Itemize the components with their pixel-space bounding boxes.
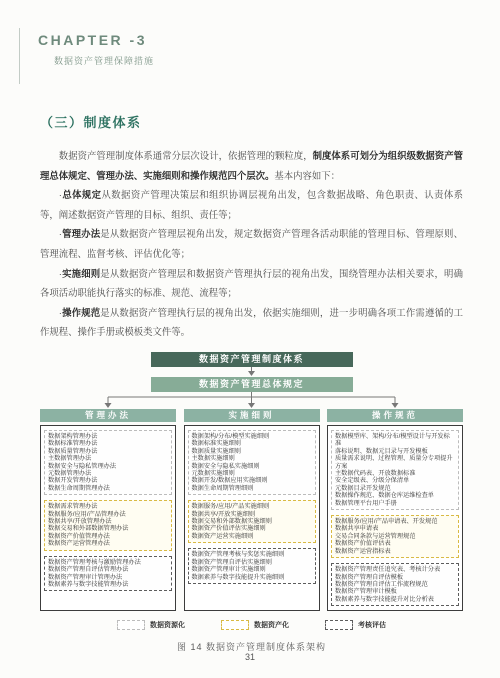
legend-swatch-assess <box>325 620 353 630</box>
group-assessment: 数据资产管理考核与激励管理办法数据资产管理自评估管理办法数据资产管理审计管理办法… <box>44 556 172 592</box>
policy-item: 数据资产管理自评估管理办法 <box>48 566 168 573</box>
group-data-resource: 数据架构/分布/模型实施细则数据标准实施细则数据质量实施细则主数据实施细则数据安… <box>188 430 316 495</box>
chapter-title: CHAPTER -3 <box>38 32 154 48</box>
policy-item: 数据模型库、架构/分布/模型设计与开发标准 <box>335 433 455 448</box>
paragraph: ·操作规范是从数据资产管理执行层的视角出发，依据实施细则，进一步明确各项工作需遵… <box>40 303 463 342</box>
paragraph: ·管理办法是从数据资产管理层视角出发，规定数据资产管理各活动职能的管理目标、管理… <box>40 224 463 263</box>
paragraph-bold: 实施细则 <box>62 268 100 279</box>
paragraph-text: 基本内容如下： <box>274 170 340 181</box>
paragraph-text: 是从数据资产管理层视角出发，规定数据资产管理各活动职能的管理目标、管理原则、管理… <box>40 228 463 259</box>
policy-item: 数据资产运营指标表 <box>335 548 455 555</box>
policy-item: 数据资产管理审计模板 <box>335 588 455 595</box>
policy-item: 数据资产运营管理办法 <box>48 540 168 547</box>
paragraph-text: 从数据资产管理决策层和组织协调层视角出发，包含数据战略、角色职责、认责体系等，阐… <box>40 189 463 220</box>
policy-item: 数据交易和外部数据管理办法 <box>48 525 168 532</box>
document-page: CHAPTER -3 数据资产管理保障措施 （三）制度体系 数据资产管理制度体系… <box>0 0 500 678</box>
institution-system-diagram: 数据资产管理制度体系 数据资产管理总体规定 管理办法 数据架构管理办法数据标准管… <box>40 352 463 653</box>
paragraph-text: 是从数据资产管理执行层的视角出发，依据实施细则，进一步明确各项工作需遵循的工作规… <box>40 307 463 338</box>
group-data-asset: 数据服务/应用/产品实施细则数据共享/开放实施细则数据交易和外部数据实施细则数据… <box>188 500 316 543</box>
column-implementation-rules: 实施细则 数据架构/分布/模型实施细则数据标准实施细则数据质量实施细则主数据实施… <box>184 409 320 611</box>
column-body: 数据架构/分布/模型实施细则数据标准实施细则数据质量实施细则主数据实施细则数据安… <box>184 425 320 611</box>
policy-item: 数据资产管理审计实施细则 <box>192 566 312 573</box>
policy-item: 数据共享申请表 <box>335 525 455 532</box>
legend-item-assess: 考核评估 <box>325 620 386 630</box>
policy-item: 主数据管理办法 <box>48 455 168 462</box>
policy-item: 数据标准实施细则 <box>192 440 312 447</box>
diagram-columns: 管理办法 数据架构管理办法数据标准管理办法数据质量管理办法主数据管理办法数据安全… <box>40 409 463 611</box>
policy-item: 数据资产管理考核与奖惩实施细则 <box>192 551 312 558</box>
policy-item: 数据资产管理自评估实施细则 <box>192 559 312 566</box>
paragraph-text: 数据资产管理制度体系通常分层次设计，依据管理的颗粒度， <box>59 150 313 161</box>
group-data-resource: 数据架构管理办法数据标准管理办法数据质量管理办法主数据管理办法数据安全与隐私管理… <box>44 430 172 495</box>
policy-item: 数据生命周期管理办法 <box>48 485 168 492</box>
policy-item: 数据资产价值评估实施细则 <box>192 525 312 532</box>
group-data-resource: 数据模型库、架构/分布/模型设计与开发标准落标说明、数据元目录与开发模板质量需求… <box>331 430 459 510</box>
group-assessment: 数据资产管理考核与奖惩实施细则数据资产管理自评估实施细则数据资产管理审计实施细则… <box>188 548 316 584</box>
policy-item: 数据资产运营实施细则 <box>192 533 312 540</box>
legend-label: 数据资产化 <box>254 620 289 630</box>
column-header: 实施细则 <box>184 409 320 422</box>
policy-item: 数据资产管理考核与激励管理办法 <box>48 559 168 566</box>
paragraph: ·实施细则是从数据资产管理层和数据资产管理执行层的视角出发，围绕管理办法相关要求… <box>40 264 463 303</box>
chapter-header: CHAPTER -3 数据资产管理保障措施 <box>38 32 154 67</box>
policy-item: 数据开发/数据应用实施细则 <box>192 477 312 484</box>
policy-item: 数据服务/应用/产品管理办法 <box>48 511 168 518</box>
column-header: 操作规范 <box>327 409 463 422</box>
legend-label: 考核评估 <box>358 620 386 630</box>
column-header: 管理办法 <box>40 409 176 422</box>
paragraph: ·总体规定从数据资产管理决策层和组织协调层视角出发，包含数据战略、角色职责、认责… <box>40 185 463 224</box>
legend-swatch-resource <box>117 620 145 630</box>
policy-item: 数据操作规范、数据仓库运维检查单 <box>335 492 455 499</box>
policy-item: 数据生命周期管理细则 <box>192 485 312 492</box>
policy-item: 数据素养与数字技能管理办法 <box>48 581 168 588</box>
policy-item: 数据资产管理审计管理办法 <box>48 574 168 581</box>
paragraph-bold: 总体规定 <box>62 189 102 200</box>
policy-item: 数据素养与数字技能提升实施细则 <box>192 574 312 581</box>
policy-item: 数据开发管理办法 <box>48 477 168 484</box>
policy-item: 数据素养与数字技能提升对比分析表 <box>335 596 455 603</box>
policy-item: 数据资产价值评估表 <box>335 540 455 547</box>
policy-item: 数据安全与隐私管理办法 <box>48 463 168 470</box>
group-assessment: 数据资产管理责任追究表、考核计分表数据资产管理自评估模板数据资产管理自评估工作流… <box>331 563 459 606</box>
chapter-rule <box>19 28 20 84</box>
policy-item: 数据服务/应用/产品实施细则 <box>192 503 312 510</box>
policy-item: 数据资产管理责任追究表、考核计分表 <box>335 566 455 573</box>
body-text: 数据资产管理制度体系通常分层次设计，依据管理的颗粒度，制度体系可划分为组织级数据… <box>40 146 463 342</box>
policy-item: 数据标准管理办法 <box>48 440 168 447</box>
policy-item: 安全定级表、分级分保清单 <box>335 477 455 484</box>
column-operation-standards: 操作规范 数据模型库、架构/分布/模型设计与开发标准落标说明、数据元目录与开发模… <box>327 409 463 611</box>
paragraph-text: 是从数据资产管理层和数据资产管理执行层的视角出发，围绕管理办法相关要求，明确各项… <box>40 268 463 299</box>
column-management-measures: 管理办法 数据架构管理办法数据标准管理办法数据质量管理办法主数据管理办法数据安全… <box>40 409 176 611</box>
legend-item-asset: 数据资产化 <box>221 620 289 630</box>
paragraph: 数据资产管理制度体系通常分层次设计，依据管理的颗粒度，制度体系可划分为组织级数据… <box>40 146 463 185</box>
column-body: 数据架构管理办法数据标准管理办法数据质量管理办法主数据管理办法数据安全与隐私管理… <box>40 425 176 611</box>
diagram-level2-box: 数据资产管理总体规定 <box>151 377 353 392</box>
chapter-subtitle: 数据资产管理保障措施 <box>54 54 154 67</box>
group-data-asset: 数据服务/应用/产品申请表、开发规范数据共享申请表交易合同条款与运营管理规范数据… <box>331 515 459 558</box>
paragraph-bold: 管理办法 <box>62 228 100 239</box>
connector-branch <box>40 392 463 409</box>
policy-item: 数据需求管理办法 <box>48 503 168 510</box>
policy-item: 数据管理平台用户手册 <box>335 500 455 507</box>
paragraph-bold: 操作规范 <box>62 307 100 318</box>
legend-swatch-asset <box>221 620 249 630</box>
section-title: （三）制度体系 <box>40 112 142 131</box>
column-body: 数据模型库、架构/分布/模型设计与开发标准落标说明、数据元目录与开发模板质量需求… <box>327 425 463 611</box>
legend-label: 数据资源化 <box>150 620 185 630</box>
diagram-legend: 数据资源化 数据资产化 考核评估 <box>40 620 463 630</box>
page-number: 31 <box>0 652 500 662</box>
policy-item: 数据安全与隐私实施细则 <box>192 463 312 470</box>
diagram-root-box: 数据资产管理制度体系 <box>151 352 353 367</box>
policy-item: 质量需求说明、过程管理、质量分专项提升方案 <box>335 455 455 470</box>
policy-item: 主数据实施细则 <box>192 455 312 462</box>
policy-item: 数据资产管理自评估模板 <box>335 574 455 581</box>
legend-item-resource: 数据资源化 <box>117 620 185 630</box>
policy-item: 数据共享/开放实施细则 <box>192 511 312 518</box>
group-data-asset: 数据需求管理办法数据服务/应用/产品管理办法数据共享/开放管理办法数据交易和外部… <box>44 500 172 550</box>
connector-arrow-down <box>40 367 463 377</box>
